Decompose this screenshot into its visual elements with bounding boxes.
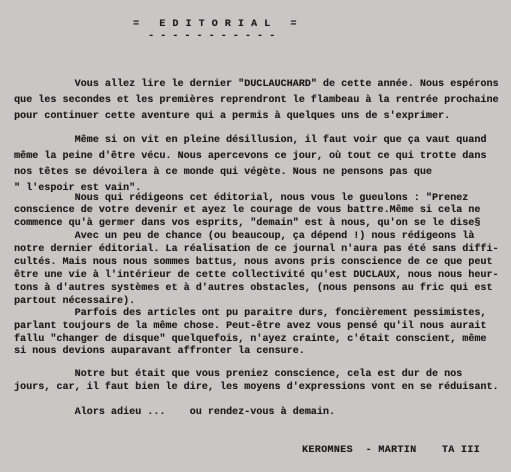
page-title: = E D I T O R I A L = xyxy=(133,18,511,31)
editorial-page: = E D I T O R I A L = - - - - - - - - - … xyxy=(0,0,511,472)
closing-line: Alors adieu ... ou rendez-vous à demain. xyxy=(14,406,511,419)
paragraph-notre-but: Notre but était que vous preniez conscie… xyxy=(14,369,511,395)
paragraph-intro: Vous allez lire le dernier "DUCLAUCHARD"… xyxy=(14,77,511,124)
paragraph-articles-durs: Parfois des articles ont pu paraitre dur… xyxy=(14,308,511,360)
signature-line: KEROMNES - MARTIN TA III xyxy=(302,444,511,457)
paragraph-desillusion: Même si on vit en pleine désillusion, il… xyxy=(14,133,511,196)
title-underline: - - - - - - - - - - - xyxy=(148,32,511,41)
paragraph-dernier-editorial: Avec un peu de chance (ou beaucoup, ça d… xyxy=(14,231,511,308)
paragraph-conscience: Nous qui rédigeons cet éditorial, nous v… xyxy=(14,193,511,232)
